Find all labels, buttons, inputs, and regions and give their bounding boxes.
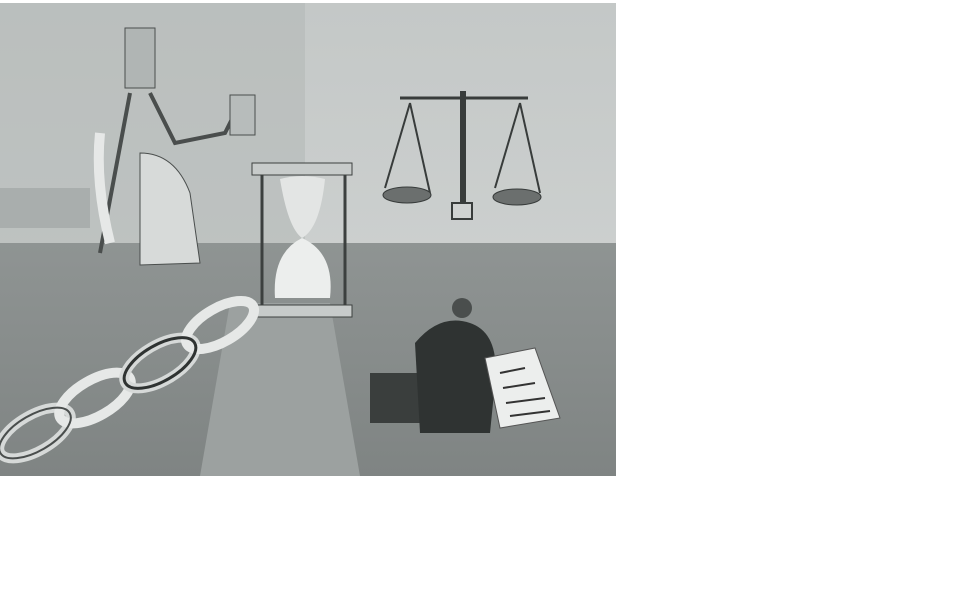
painting <box>0 3 616 476</box>
